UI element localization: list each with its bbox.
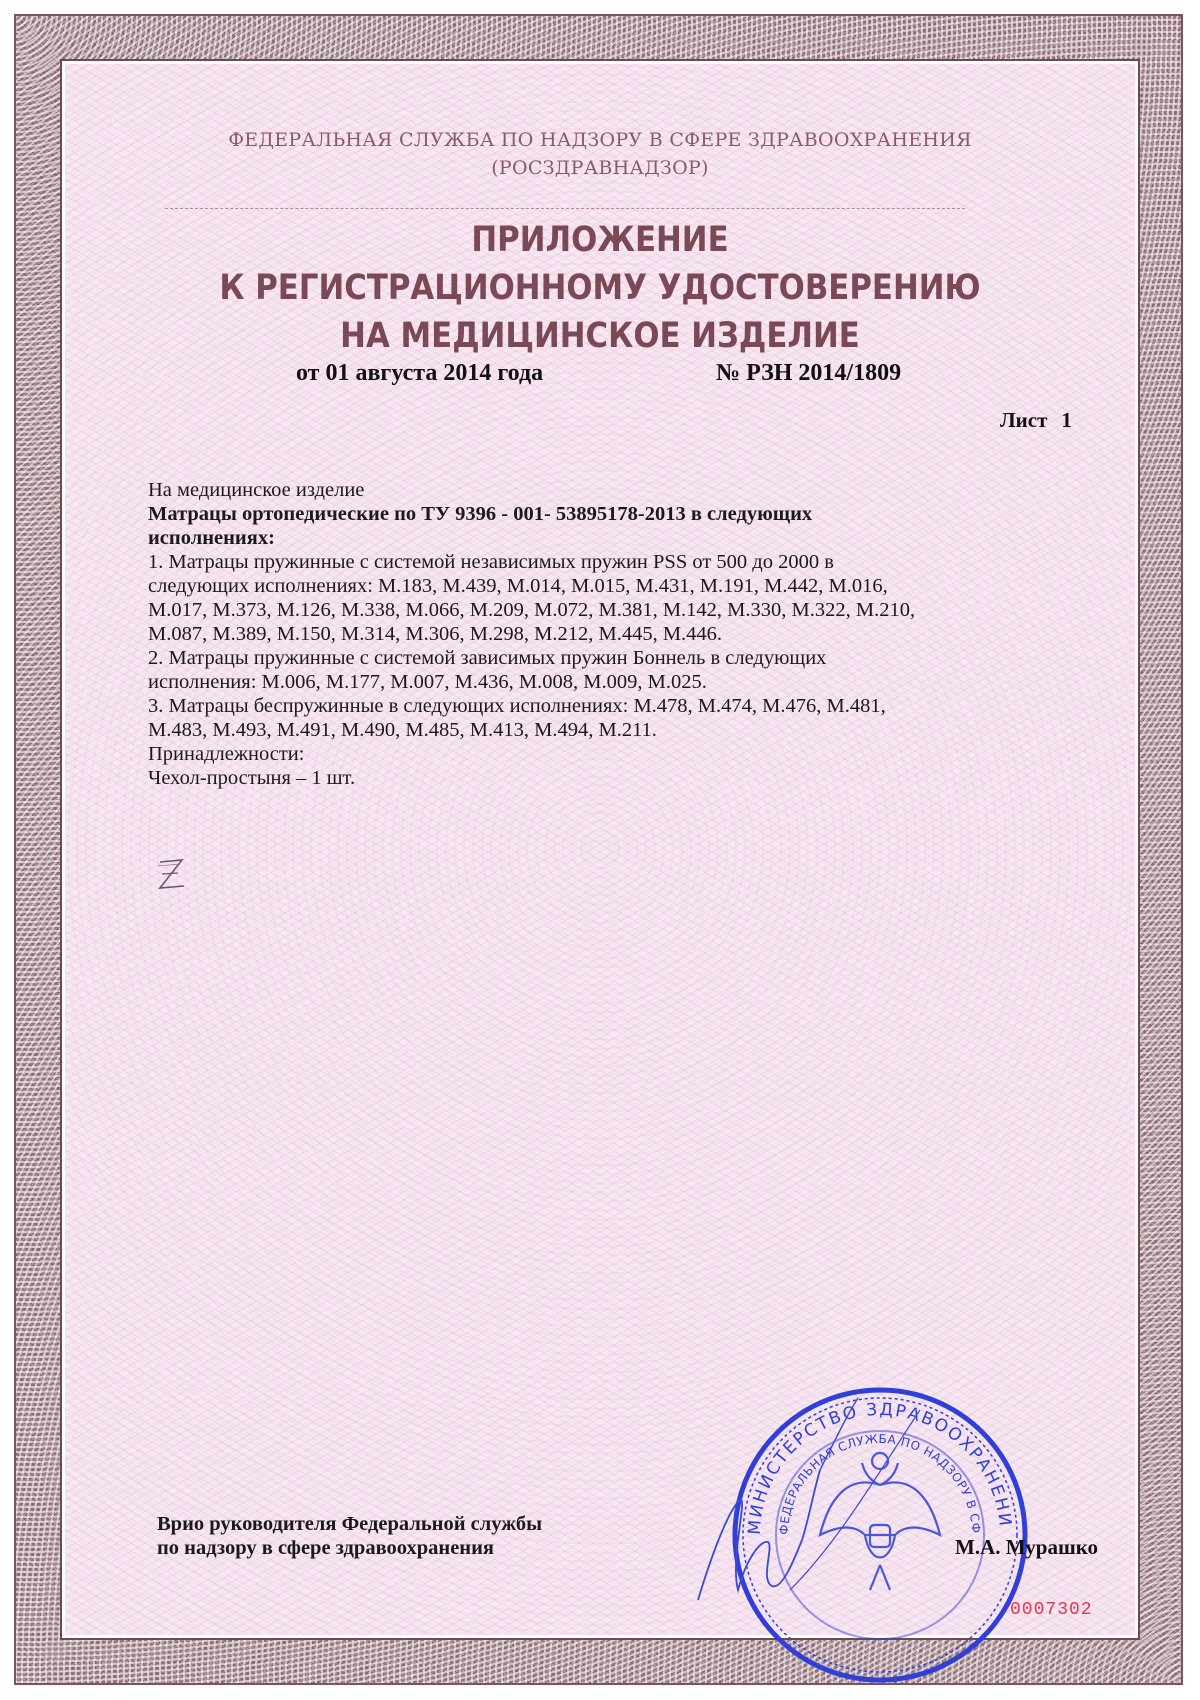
document-title-line2: К РЕГИСТРАЦИОННОМУ УДОСТОВЕРЕНИЮ (129, 266, 1071, 310)
item3-line: М.483, М.493, М.491, М.490, М.485, М.413… (148, 718, 1018, 742)
item1-line: М.087, М.389, М.150, М.314, М.306, М.298… (148, 622, 1018, 646)
accessories-label: Принадлежности: (148, 742, 1018, 766)
z-mark-icon (156, 858, 186, 890)
sheet-label: Лист (1000, 408, 1047, 432)
document-title-line3: НА МЕДИЦИНСКОЕ ИЗДЕЛИЕ (129, 314, 1071, 358)
document-title-line1: ПРИЛОЖЕНИЕ (129, 218, 1071, 262)
issue-date: от 01 августа 2014 года (296, 360, 543, 387)
item3-line: 3. Матрацы беспружинные в следующих испо… (148, 694, 1018, 718)
agency-name: ФЕДЕРАЛЬНАЯ СЛУЖБА ПО НАДЗОРУ В СФЕРЕ ЗД… (65, 126, 1135, 154)
signer-title-line2: по надзору в сфере здравоохранения (157, 1536, 542, 1560)
agency-abbreviation: (РОСЗДРАВНАДЗОР) (65, 154, 1135, 182)
sheet-indicator: Лист1 (1000, 408, 1072, 433)
signer-title-line1: Врио руководителя Федеральной службы (157, 1512, 542, 1536)
product-name-line1: Матрацы ортопедические по ТУ 9396 - 001-… (148, 502, 1018, 526)
registration-number: № РЗН 2014/1809 (716, 360, 901, 387)
document-body: На медицинское изделие Матрацы ортопедич… (148, 478, 1018, 790)
item1-line: 1. Матрацы пружинные с системой независи… (148, 550, 1018, 574)
form-serial-number: 0007302 (1010, 1600, 1093, 1620)
product-name-line2: исполнениях: (148, 526, 1018, 550)
item2-line: исполнения: М.006, М.177, М.007, М.436, … (148, 670, 1018, 694)
item1-line: М.017, М.373, М.126, М.338, М.066, М.209… (148, 598, 1018, 622)
item2-line: 2. Матрацы пружинные с системой зависимы… (148, 646, 1018, 670)
handwritten-signature (690, 1390, 930, 1610)
signer-name: М.А. Мурашко (955, 1535, 1098, 1560)
item1-line: следующих исполнениях: М.183, М.439, М.0… (148, 574, 1018, 598)
sheet-number: 1 (1061, 408, 1072, 432)
accessories-item: Чехол-простыня – 1 шт. (148, 766, 1018, 790)
signer-title: Врио руководителя Федеральной службы по … (157, 1512, 542, 1560)
header-divider (165, 208, 965, 209)
intro-text: На медицинское изделие (148, 478, 1018, 502)
